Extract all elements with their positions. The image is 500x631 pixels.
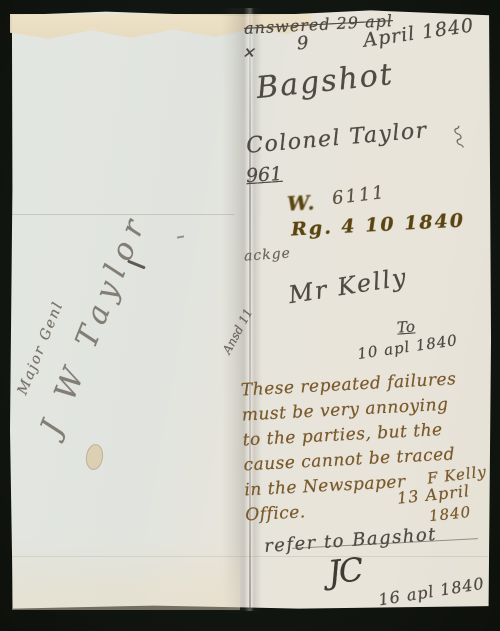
letter-body: These repeated failures must be very ann… (240, 368, 491, 526)
stamp-prefix: W. (286, 190, 316, 215)
to-label: To (396, 317, 415, 336)
initials-monogram: JC (326, 550, 363, 591)
paper-discoloration (12, 538, 240, 610)
x-mark: ✕ (242, 44, 255, 62)
photo-backdrop: Major Genl J W Taylor answered 29 apl 9 … (0, 0, 500, 631)
numeral-nine: 9 (296, 33, 309, 55)
acknowledge-note: ackge (243, 245, 291, 264)
docket-number: 961 (245, 163, 283, 187)
